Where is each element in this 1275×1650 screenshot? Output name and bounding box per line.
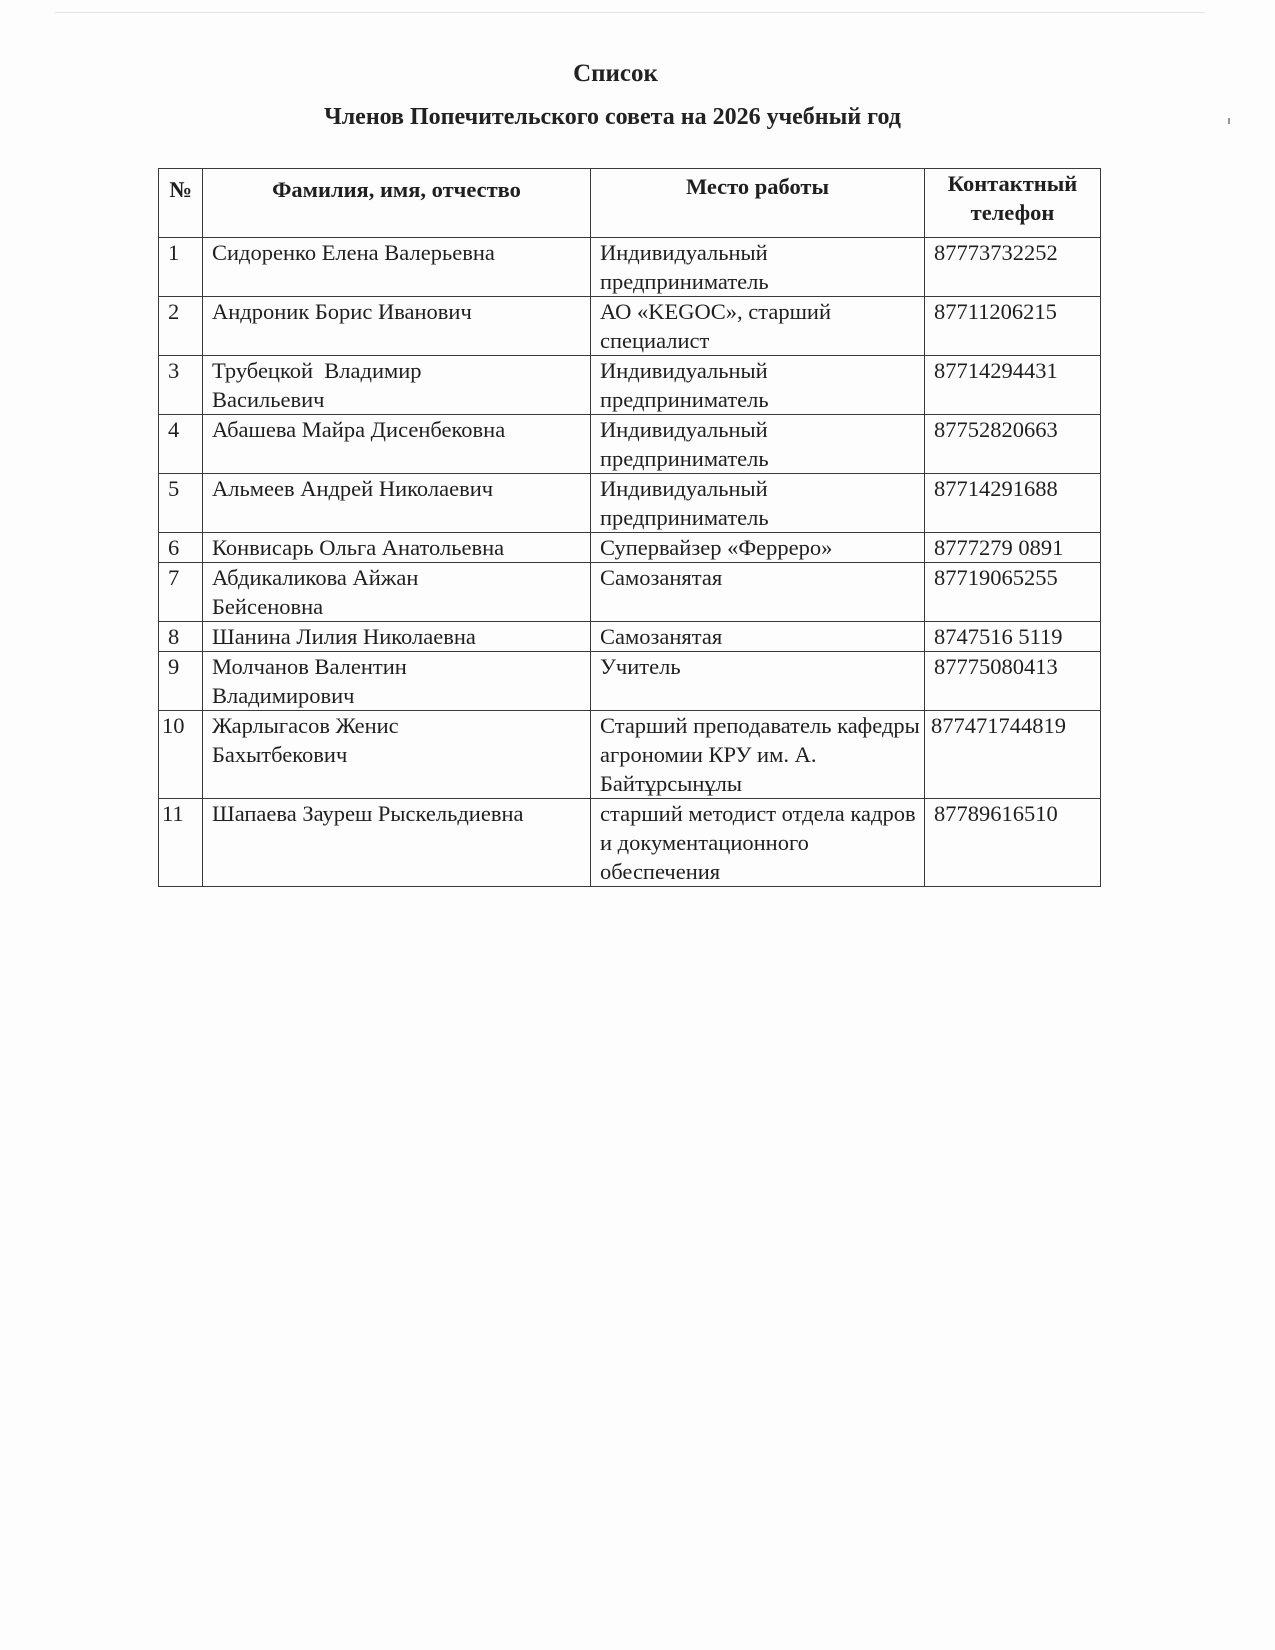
member-phone: 8777279 0891 bbox=[925, 533, 1101, 563]
member-phone: 87773732252 bbox=[925, 238, 1101, 297]
member-phone: 87714291688 bbox=[925, 474, 1101, 533]
table-row: 5 Альмеев Андрей Николаевич Индивидуальн… bbox=[159, 474, 1101, 533]
table-row: 8 Шанина Лилия Николаевна Самозанятая 87… bbox=[159, 622, 1101, 652]
table-header-row: № Фамилия, имя, отчество Место работы Ко… bbox=[159, 169, 1101, 238]
member-workplace: Индивидуальный предприниматель bbox=[591, 474, 925, 533]
member-phone: 877471744819 bbox=[925, 711, 1101, 799]
table-row: 3 Трубецкой Владимир Васильевич Индивиду… bbox=[159, 356, 1101, 415]
member-phone: 87752820663 bbox=[925, 415, 1101, 474]
member-workplace: Самозанятая bbox=[591, 563, 925, 622]
table-row: 10 Жарлыгасов Женис Бахытбекович Старший… bbox=[159, 711, 1101, 799]
member-phone: 87775080413 bbox=[925, 652, 1101, 711]
header-phone: Контактный телефон bbox=[925, 169, 1101, 238]
row-number: 1 bbox=[159, 238, 203, 297]
member-name: Альмеев Андрей Николаевич bbox=[203, 474, 591, 533]
table-row: 4 Абашева Майра Дисенбековна Индивидуаль… bbox=[159, 415, 1101, 474]
member-name: Сидоренко Елена Валерьевна bbox=[203, 238, 591, 297]
member-workplace: старший методист отдела кадров и докумен… bbox=[591, 799, 925, 887]
member-name: Трубецкой Владимир Васильевич bbox=[203, 356, 591, 415]
member-workplace: Учитель bbox=[591, 652, 925, 711]
row-number: 8 bbox=[159, 622, 203, 652]
member-workplace: Самозанятая bbox=[591, 622, 925, 652]
row-number: 5 bbox=[159, 474, 203, 533]
member-workplace: Старший преподаватель кафедры агрономии … bbox=[591, 711, 925, 799]
member-name: Абдикаликова Айжан Бейсеновна bbox=[203, 563, 591, 622]
row-number: 3 bbox=[159, 356, 203, 415]
member-name: Шапаева Зауреш Рыскельдиевна bbox=[203, 799, 591, 887]
member-name: Молчанов Валентин Владимирович bbox=[203, 652, 591, 711]
document-subtitle: Членов Попечительского совета на 2026 уч… bbox=[0, 104, 1250, 131]
row-number: 7 bbox=[159, 563, 203, 622]
member-phone: 87789616510 bbox=[925, 799, 1101, 887]
member-workplace: АО «KEGOC», старший специалист bbox=[591, 297, 925, 356]
member-name: Жарлыгасов Женис Бахытбекович bbox=[203, 711, 591, 799]
member-name: Абашева Майра Дисенбековна bbox=[203, 415, 591, 474]
row-number: 4 bbox=[159, 415, 203, 474]
header-full-name: Фамилия, имя, отчество bbox=[203, 169, 591, 238]
row-number: 9 bbox=[159, 652, 203, 711]
scan-artifact bbox=[1228, 118, 1230, 124]
member-name: Андроник Борис Иванович bbox=[203, 297, 591, 356]
header-workplace: Место работы bbox=[591, 169, 925, 238]
member-phone: 87714294431 bbox=[925, 356, 1101, 415]
header-number: № bbox=[159, 169, 203, 238]
row-number: 6 bbox=[159, 533, 203, 563]
member-name: Конвисарь Ольга Анатольевна bbox=[203, 533, 591, 563]
member-phone: 8747516 5119 bbox=[925, 622, 1101, 652]
table-row: 9 Молчанов Валентин Владимирович Учитель… bbox=[159, 652, 1101, 711]
row-number: 2 bbox=[159, 297, 203, 356]
table-row: 11 Шапаева Зауреш Рыскельдиевна старший … bbox=[159, 799, 1101, 887]
document-title: Список bbox=[0, 60, 1253, 88]
member-phone: 87719065255 bbox=[925, 563, 1101, 622]
table-row: 1 Сидоренко Елена Валерьевна Индивидуаль… bbox=[159, 238, 1101, 297]
table-row: 6 Конвисарь Ольга Анатольевна Супервайзе… bbox=[159, 533, 1101, 563]
member-workplace: Индивидуальный предприниматель bbox=[591, 356, 925, 415]
members-table: № Фамилия, имя, отчество Место работы Ко… bbox=[158, 168, 1101, 887]
member-workplace: Индивидуальный предприниматель bbox=[591, 415, 925, 474]
member-workplace: Супервайзер «Ферреро» bbox=[591, 533, 925, 563]
table-row: 2 Андроник Борис Иванович АО «KEGOC», ст… bbox=[159, 297, 1101, 356]
member-name: Шанина Лилия Николаевна bbox=[203, 622, 591, 652]
scan-edge-line bbox=[55, 12, 1205, 13]
row-number: 11 bbox=[159, 799, 203, 887]
member-phone: 87711206215 bbox=[925, 297, 1101, 356]
member-workplace: Индивидуальный предприниматель bbox=[591, 238, 925, 297]
table-row: 7 Абдикаликова Айжан Бейсеновна Самозаня… bbox=[159, 563, 1101, 622]
row-number: 10 bbox=[159, 711, 203, 799]
